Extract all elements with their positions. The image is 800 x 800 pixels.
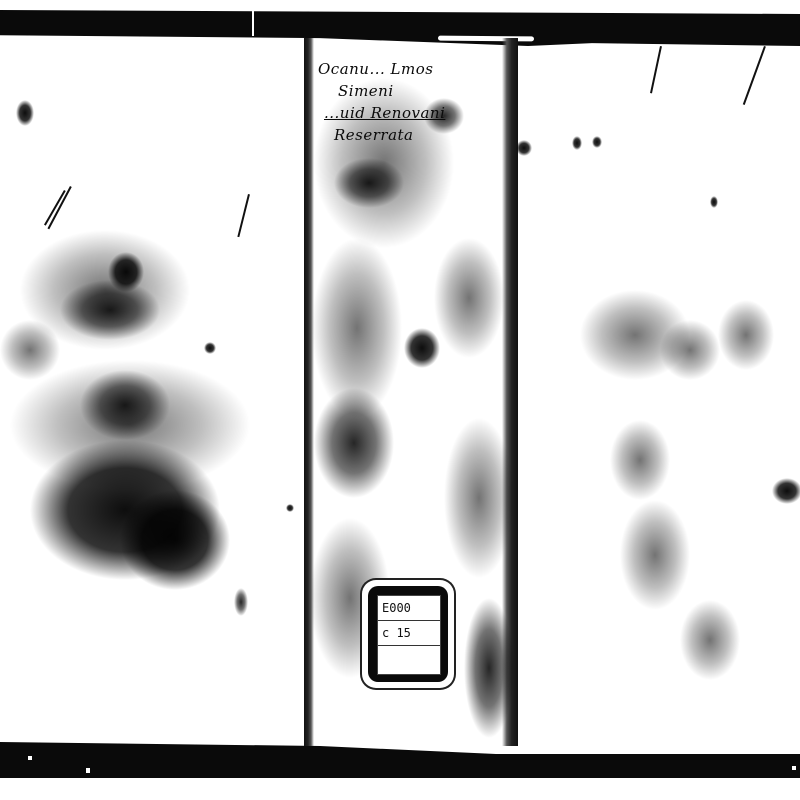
spine-left-edge [304,38,314,746]
stain [234,588,248,616]
stain [572,136,582,150]
spine-title-line: ...uid Renovani [318,102,518,124]
scratch-mark [650,46,662,93]
shelf-mark-card: E000 c 15 [377,595,441,675]
scanned-document: Ocanu... Lmos Simeni ...uid Renovani Res… [0,0,800,800]
stain [620,500,690,610]
stain [60,280,160,340]
stain [0,320,60,380]
stain [772,478,800,504]
stain [464,598,514,738]
shelf-mark-frame: E000 c 15 [368,586,448,682]
stain [314,388,394,498]
shelf-mark-row [378,646,440,672]
stain [434,238,504,358]
stain [80,370,170,440]
bottom-speck [28,756,32,760]
stain [516,140,532,156]
scratch-mark [743,46,766,105]
stain [204,342,216,354]
stain [680,600,740,680]
stain [404,328,440,368]
stain [718,300,774,370]
stain [610,420,670,500]
top-border-notch [252,10,254,36]
scratch-mark [237,194,250,237]
scratch-mark [47,186,71,229]
bottom-border-band [0,742,800,778]
stain [444,418,514,578]
bottom-speck [792,766,796,770]
shelf-mark-label: E000 c 15 [362,580,454,688]
stain [710,196,718,208]
shelf-mark-row: E000 [378,596,440,621]
stain [660,320,720,380]
spine-title-line: Ocanu... Lmos [318,58,518,80]
stain [286,504,294,512]
spine-title-line: Simeni [318,80,518,102]
scratch-mark [44,190,66,226]
shelf-mark-row: c 15 [378,621,440,646]
stain [16,100,34,126]
bottom-speck [86,768,90,773]
stain [592,136,602,148]
spine-handwritten-title: Ocanu... Lmos Simeni ...uid Renovani Res… [318,58,518,146]
stain [334,158,404,208]
stain [120,490,230,590]
spine-title-line: Reserrata [318,124,518,146]
